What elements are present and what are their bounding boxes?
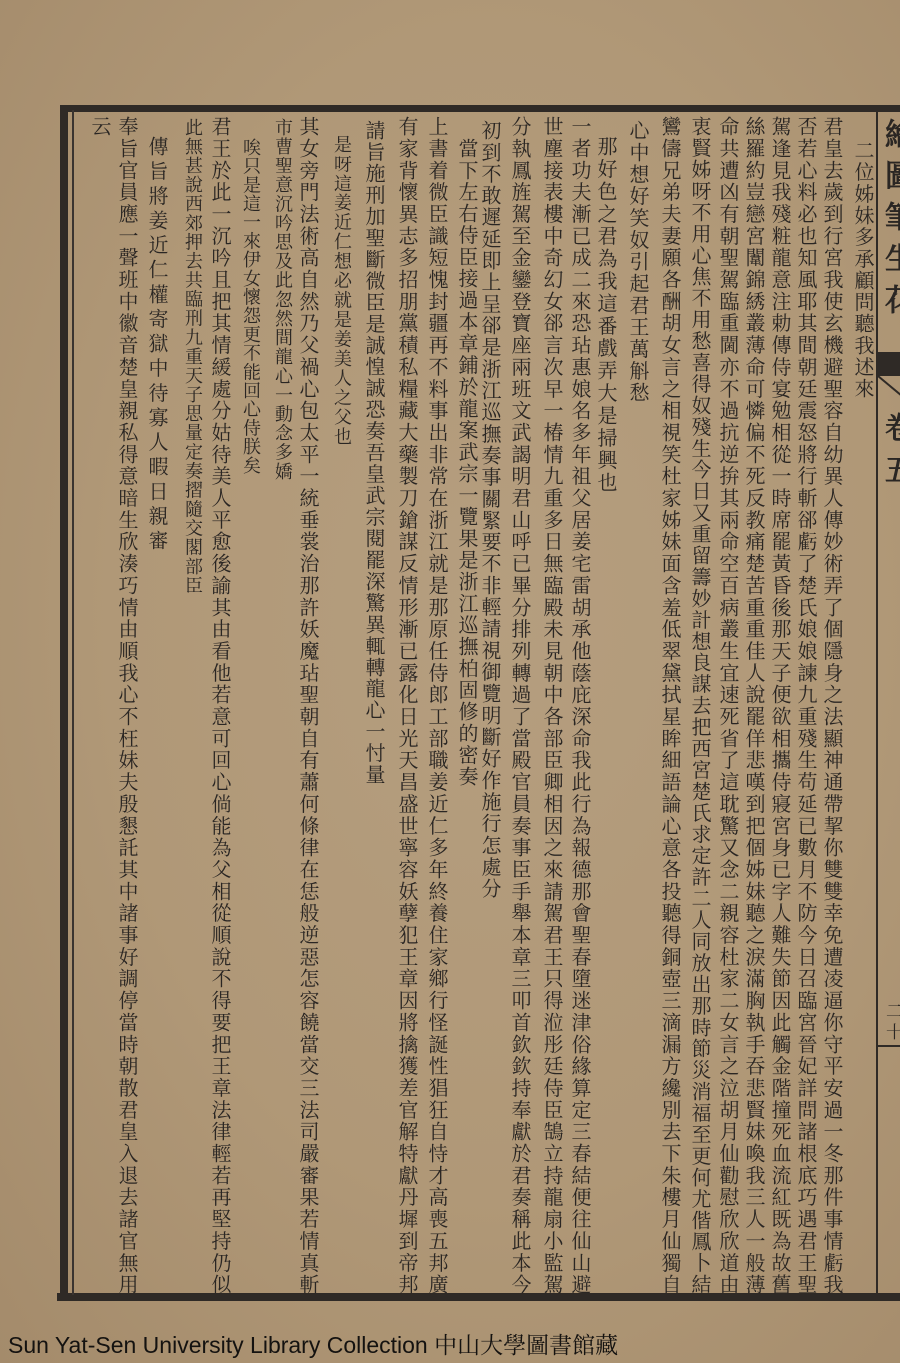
text-column: 分執鳳旌駕至金鑾登寶座兩班文武謁明君山呼已畢分排列轉過了當殿官員奏事臣手舉本章三… bbox=[507, 116, 533, 1294]
text-column: 命共遭凶有朝聖駕臨重閫亦不過抗逆拚其兩命空百病叢生宜速死省了這耽驚又念二親容杜家… bbox=[715, 116, 741, 1294]
text-column: 奉旨官員應一聲班中徽音楚皇親私得意暗生欣湊巧情由順我心不枉妹夫殷懇託其中諸事好調… bbox=[114, 116, 140, 1294]
text-column: 上書着微臣識短愧封疆再不料事出非常在浙江就是那原任侍郎工部職姜近仁多年終養住家鄉… bbox=[424, 116, 450, 1294]
text-column: 否若心料必也知風耶其間朝廷震怒將行斬郤虧了楚氏娘娘諫九重殘生苟延已數月不防今日召… bbox=[793, 116, 819, 1294]
frame-left-inner-rule bbox=[72, 110, 74, 1295]
fish-tail-ornament-icon bbox=[876, 350, 900, 400]
book-title: 繪圖筆生花 bbox=[879, 118, 900, 314]
text-column: 請旨施刑加聖斷微臣是誠惶誠恐奏吾皇武宗閱罷深驚異輒轉龍心一忖量 bbox=[361, 120, 387, 784]
text-column: 君皇去歲到行宮我使玄機避聖容自幼異人傳妙術弄了個隱身之法顯神通帶挈你雙雙幸免遭凌… bbox=[819, 116, 845, 1294]
text-column: 鸞儔兄弟夫妻願各酬胡女言之相視笑杜家姊妹面含羞低翠黛拭星眸細語論心意各投聽得銅壺… bbox=[657, 116, 683, 1294]
text-column: 駕逢見我殘粧龍意注勅傳侍宴勉相從一時席罷黃昏後那天子便欲相攜侍寢宮身已字人難失節… bbox=[767, 116, 793, 1294]
text-column: 是呀這姜近仁想必就是姜美人之父也 bbox=[328, 135, 354, 445]
page-number: 二十 bbox=[880, 1002, 900, 1040]
frame-top-border bbox=[60, 105, 900, 112]
text-column: 君王於此一沉吟且把其情緩處分姑待美人平愈後諭其由看他若意可回心倘能為父相從順說不… bbox=[207, 116, 233, 1294]
text-column: 那好色之君為我這番戲弄大是掃興也 bbox=[593, 136, 619, 492]
text-column: 傳旨將姜近仁權寄獄中待寡人暇日親審 bbox=[144, 136, 170, 550]
collection-credit: Sun Yat-Sen University Library Collectio… bbox=[8, 1327, 618, 1360]
frame-bottom-border bbox=[57, 1293, 900, 1301]
text-column: 有家背懷異志多招朋黨積私糧藏大藥製刀鎗謀反情形漸已露化日光天昌盛世寧容妖孽犯王章… bbox=[394, 116, 420, 1294]
text-column: 二位姊妹多承顧問聽我述來 bbox=[850, 140, 876, 398]
text-column: 世塵接表樓中奇幻女郤言次早一椿情九重多日無臨殿未見朝中各部臣卿相因之來請駕君王只… bbox=[539, 116, 565, 1294]
text-column: 一者功夫漸已成二來恐玷惠娘名多年祖父居姜宅雷胡承他蔭庇深命我此行為報德那會聖春墮… bbox=[567, 116, 593, 1294]
text-column: 唉只是這一來伊女懷怨更不能回心侍朕矣 bbox=[237, 138, 263, 474]
text-column: 其女旁門法術高自然乃父禍心包太平一統垂裳治那許妖魔玷聖朝自有蕭何條律在恁般逆惡怎… bbox=[295, 116, 321, 1294]
text-column: 市曹聖意沉吟思及此忽然間龍心一動念多嬌 bbox=[269, 118, 295, 480]
text-column: 云 bbox=[87, 116, 113, 140]
text-column: 衷賢姊呀不用心焦不用愁喜得奴殘生今日又重留籌妙計想良謀去把西宮楚氏求定許二人同放… bbox=[687, 116, 713, 1294]
frame-left-border bbox=[60, 105, 68, 1301]
text-column: 心中想好笑奴引起君王萬斛愁 bbox=[625, 120, 651, 402]
volume-label: 卷五 bbox=[879, 412, 900, 484]
text-column: 絲羅約豈戀宮闈錦綉叢薄命可憐偏不死反教痛楚苦重重佳人說罷佯悲嘆到把個姊妹聽之淚滿… bbox=[741, 116, 767, 1294]
text-column: 當下左右侍臣接過本章鋪於龍案武宗一覽果是浙江巡撫柏固修的密奏 bbox=[454, 138, 480, 786]
page-number-rule bbox=[877, 1045, 900, 1047]
text-column: 初到不敢遲延即上呈郤是浙江巡撫奏事關緊要不非輕請視御覽明斷好作施行怎處分 bbox=[477, 120, 503, 898]
text-column: 此無甚說西郊押去共臨刑九重天子思量定奏摺隨交閣部臣 bbox=[179, 118, 205, 594]
title-column-divider bbox=[876, 110, 878, 1296]
